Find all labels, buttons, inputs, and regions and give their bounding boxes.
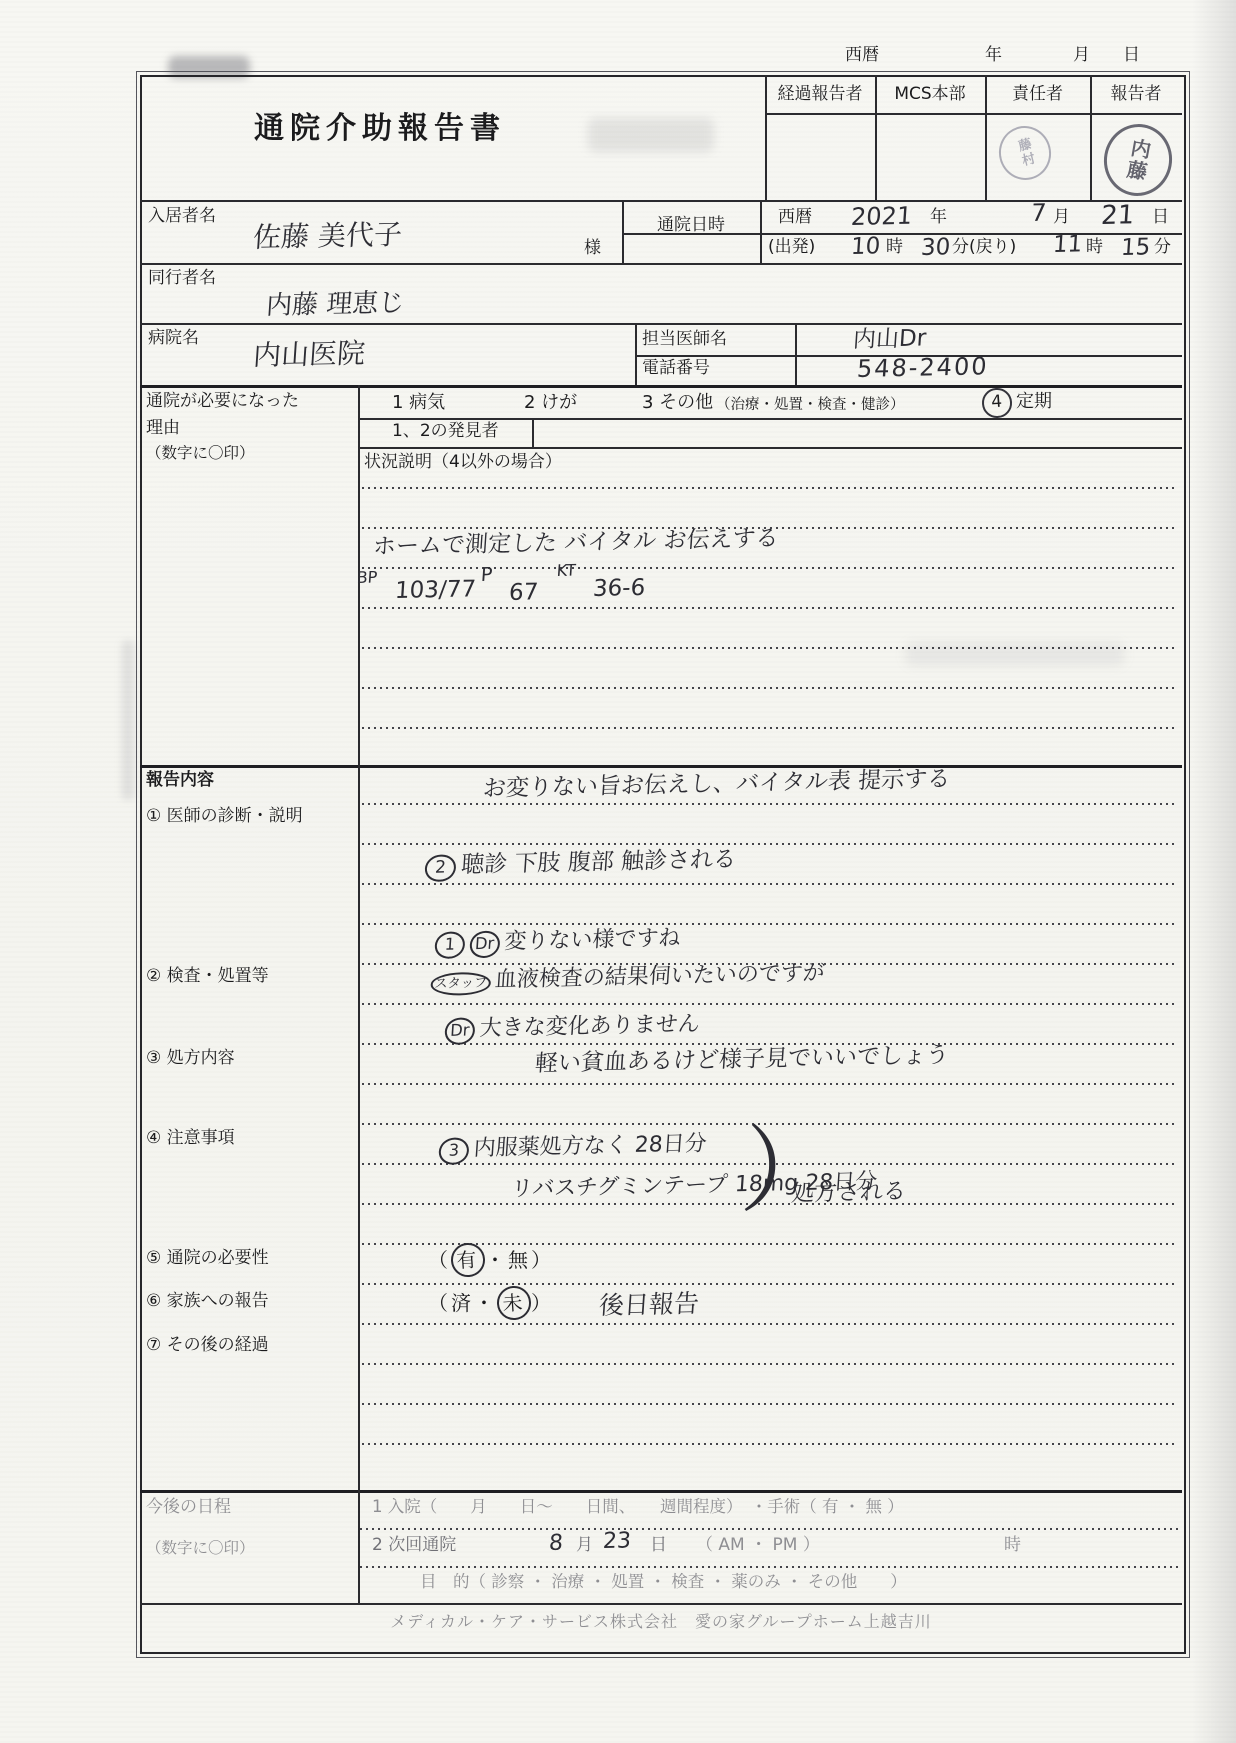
family-report-note-handwriting: 後日報告 xyxy=(598,1288,700,1321)
visit-day-unit: 日 xyxy=(1152,207,1169,228)
rule-line xyxy=(362,883,1178,885)
paren: （ xyxy=(428,1248,451,1272)
report-item-6: ⑥ 家族への報告 xyxy=(146,1291,269,1312)
family-report-options: （済・未） xyxy=(428,1286,554,1320)
note-text: 血液検査の結果伺いたいのですが xyxy=(494,961,826,993)
report-note-8-suffix-handwriting: 処方される xyxy=(790,1178,907,1209)
honorific-label: 様 xyxy=(584,238,601,259)
divider xyxy=(765,113,1182,115)
situation-label: 状況説明（4以外の場合） xyxy=(364,452,562,473)
paren: （ xyxy=(428,1291,451,1315)
next-visit-month-handwriting: 8 xyxy=(548,1530,564,1558)
rule-line xyxy=(362,687,1178,689)
top-era-label: 西暦 xyxy=(845,45,879,66)
scan-artifact xyxy=(122,640,134,800)
next-visit-time-unit: 時 xyxy=(1004,1535,1021,1556)
no-option: 無 xyxy=(508,1248,531,1272)
companion-label: 同行者名 xyxy=(148,268,216,289)
reason-option-sickness: 1 病気 xyxy=(392,392,445,415)
visit-year-unit: 年 xyxy=(930,207,947,228)
circled-staff-badge: スタッフ xyxy=(430,972,491,996)
circled-dr-badge: Dr xyxy=(444,1017,476,1044)
divider xyxy=(532,418,534,447)
reason-option-other-detail: （治療・処置・検査・健診） xyxy=(716,396,905,414)
column-sekininsha: 責任者 xyxy=(985,84,1090,105)
schedule-row-hospitalization: 1 入院（ 月 日～ 日間、 週間程度） ・手術（ 有 ・ 無 ） xyxy=(372,1497,904,1518)
return-hour-handwriting: 11 xyxy=(1052,230,1083,259)
reason-option-injury: 2 けが xyxy=(524,392,577,415)
report-note-3-handwriting: 1Dr変りない様ですね xyxy=(434,925,681,959)
circled-notyet-option: 未 xyxy=(496,1285,532,1321)
next-visit-day-handwriting: 23 xyxy=(602,1527,632,1555)
circled-number: 3 xyxy=(438,1137,470,1164)
divider xyxy=(760,200,762,263)
rule-line xyxy=(362,1083,1178,1085)
large-brace-handwriting: ） xyxy=(737,1112,841,1237)
column-hokokusha: 報告者 xyxy=(1090,84,1182,105)
divider xyxy=(140,1490,1182,1493)
top-year-label: 年 xyxy=(985,45,1002,66)
depart-min-handwriting: 30 xyxy=(920,233,951,262)
hour-unit: 時 xyxy=(886,237,903,258)
visit-month-unit: 月 xyxy=(1053,207,1070,228)
resident-name-handwriting: 佐藤 美代子 xyxy=(252,217,403,255)
schedule-sublabel: （数字に〇印） xyxy=(146,1539,255,1558)
depart-label: (出発) xyxy=(768,237,815,258)
rule-line xyxy=(362,727,1178,729)
rule-line xyxy=(362,1363,1178,1365)
note-text: 聴診 下肢 腹部 触診される xyxy=(460,846,737,878)
note-text: 内服薬処方なく 28日分 xyxy=(473,1131,708,1161)
rule-line xyxy=(362,843,1178,845)
rule-line xyxy=(362,1443,1178,1445)
scanned-report-page: 西暦 年 月 日 通院介助報告書 経過報 xyxy=(0,0,1236,1743)
report-item-5: ⑤ 通院の必要性 xyxy=(146,1248,269,1269)
reason-label-line3: （数字に〇印） xyxy=(146,444,255,463)
min-unit: 分 xyxy=(1154,237,1171,258)
circled-dr-badge: Dr xyxy=(469,930,501,957)
scan-edge-shadow xyxy=(1192,0,1236,1743)
schedule-row-purpose: 目 的（ 診察 ・ 治療 ・ 処置 ・ 検査 ・ 薬のみ ・ その他 ） xyxy=(420,1572,907,1593)
paren: ） xyxy=(531,1291,554,1315)
return-hour-unit: 時 xyxy=(1086,237,1103,258)
report-item-7: ⑦ その後の経過 xyxy=(146,1335,269,1356)
divider xyxy=(358,418,1182,420)
note-text: 変りない様ですね xyxy=(504,926,682,955)
companion-name-handwriting: 内藤 理恵じ xyxy=(265,287,405,322)
done-option: 済 xyxy=(451,1291,474,1315)
report-item-1: ① 医師の診断・説明 xyxy=(146,806,303,827)
divider xyxy=(140,385,1182,388)
depart-hour-handwriting: 10 xyxy=(850,232,881,261)
next-visit-label: 2 次回通院 xyxy=(372,1535,456,1556)
rule-line xyxy=(362,1323,1178,1325)
form-title: 通院介助報告書 xyxy=(170,110,590,148)
reason-option-regular: 定期 xyxy=(1016,391,1052,414)
vitals-pulse-value-handwriting: 67 xyxy=(508,578,539,607)
reason-option-other: 3 その他 xyxy=(642,392,713,415)
doctor-label: 担当医師名 xyxy=(642,329,727,350)
visit-month-handwriting: 7 xyxy=(1030,198,1047,228)
rule-line xyxy=(360,1566,1180,1568)
hospital-name-handwriting: 内山医院 xyxy=(252,336,366,373)
schedule-label: 今後の日程 xyxy=(146,1497,231,1518)
visit-datetime-label: 通院日時 xyxy=(622,215,760,236)
reason-label-line1: 通院が必要になった xyxy=(146,391,299,412)
circled-yes-option: 有 xyxy=(450,1242,486,1278)
phone-number-handwriting: 548-2400 xyxy=(856,351,990,384)
return-min-handwriting: 15 xyxy=(1120,233,1151,262)
note-text: 大きな変化ありません xyxy=(479,1012,701,1042)
doctor-name-handwriting: 内山Dr xyxy=(852,324,927,354)
rule-line xyxy=(362,647,1178,649)
separator-dot: ・ xyxy=(474,1291,497,1315)
rule-line xyxy=(362,923,1178,925)
circled-number: 2 xyxy=(424,854,457,883)
rule-line xyxy=(362,1403,1178,1405)
stamp-text: 藤村 xyxy=(1012,136,1038,170)
rule-line xyxy=(362,1283,1178,1285)
vitals-bp-label-handwriting: BP xyxy=(356,568,378,588)
report-section-label: 報告内容 xyxy=(146,770,214,791)
column-keika-hokokusha: 経過報告者 xyxy=(765,84,875,105)
rule-line xyxy=(362,487,1178,489)
divider xyxy=(358,447,1182,449)
finder-label: 1、2の発見者 xyxy=(392,421,499,442)
column-mcs-honbu: MCS本部 xyxy=(875,84,985,105)
divider xyxy=(795,323,797,385)
report-item-4: ④ 注意事項 xyxy=(146,1128,235,1149)
report-item-2: ② 検査・処置等 xyxy=(146,966,269,987)
next-visit-month-unit: 月 xyxy=(576,1535,593,1556)
phone-label: 電話番号 xyxy=(642,358,710,379)
top-month-label: 月 xyxy=(1073,45,1090,66)
paren: ） xyxy=(531,1248,554,1272)
company-footer: メディカル・ケア・サービス株式会社 愛の家グループホーム上越吉川 xyxy=(140,1612,1182,1632)
visit-day-handwriting: 21 xyxy=(1100,199,1135,232)
separator-dot: ・ xyxy=(485,1248,508,1272)
divider xyxy=(635,323,637,385)
vitals-kt-label-handwriting: KT xyxy=(556,561,576,581)
rule-line xyxy=(360,1528,1180,1530)
stamp-text: 内藤 xyxy=(1120,136,1156,184)
divider xyxy=(140,1603,1182,1605)
report-item-3: ③ 処方内容 xyxy=(146,1048,235,1069)
divider xyxy=(140,263,1182,265)
circled-number: 1 xyxy=(434,931,466,958)
next-visit-ampm-options: （ AM ・ PM ） xyxy=(696,1535,820,1556)
report-note-7-handwriting: 3内服薬処方なく 28日分 xyxy=(438,1130,708,1164)
report-note-5-handwriting: Dr大きな変化ありません xyxy=(444,1011,701,1045)
divider xyxy=(140,323,1182,325)
hospital-label: 病院名 xyxy=(148,328,199,349)
vitals-temp-value-handwriting: 36-6 xyxy=(592,574,646,604)
rule-line xyxy=(362,607,1178,609)
rule-line xyxy=(362,1003,1178,1005)
necessity-options: （有・無） xyxy=(428,1243,554,1277)
return-label: 分(戻り) xyxy=(952,237,1016,258)
visit-year-handwriting: 2021 xyxy=(850,201,913,232)
visit-era-label: 西暦 xyxy=(778,207,812,228)
next-visit-day-unit: 日 xyxy=(650,1535,667,1556)
resident-label: 入居者名 xyxy=(148,206,216,227)
divider xyxy=(140,200,1182,202)
divider xyxy=(140,765,1182,768)
vitals-pulse-label-handwriting: P xyxy=(480,564,493,588)
reason-label-line2: 理由 xyxy=(146,418,180,439)
vitals-bp-value-handwriting: 103/77 xyxy=(394,575,477,605)
top-day-label: 日 xyxy=(1123,45,1140,66)
